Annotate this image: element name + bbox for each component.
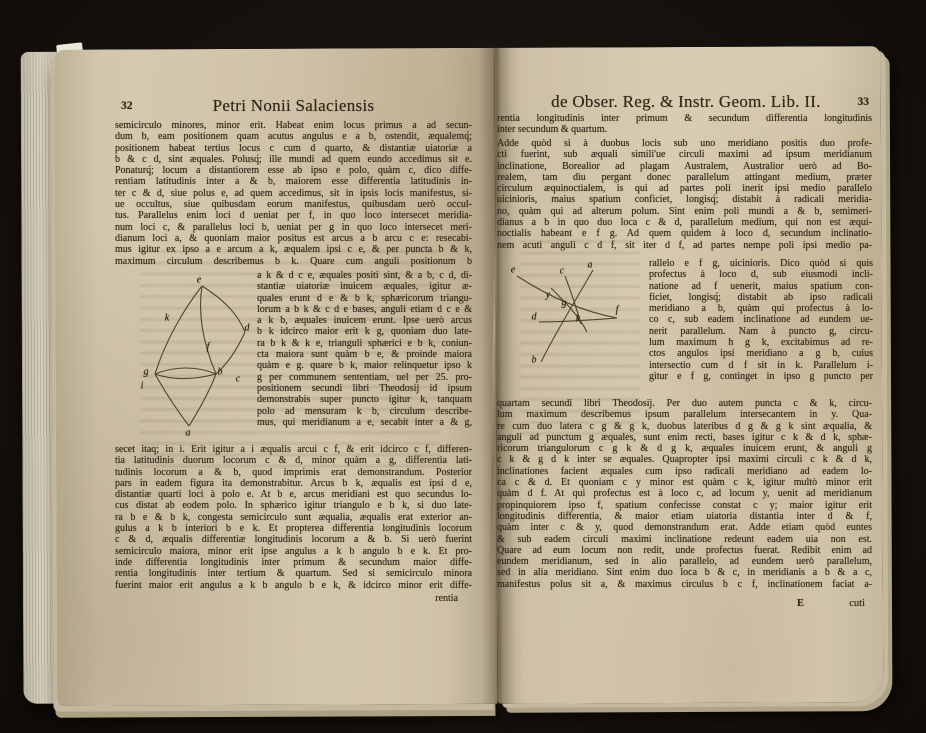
text-line: positionem habeat tertius locus c cum d …: [115, 143, 472, 154]
text-line: c & d, æqualis differentiæ longitudinis …: [115, 534, 472, 545]
right-body-intro: rentia longitudinis inter primum & secun…: [497, 113, 872, 124]
text-line: longitudinis differentia, & maior etiam …: [497, 511, 872, 522]
text-line: rentiam latitudinis inter a & b, maiorem…: [115, 176, 472, 187]
text-line: Quare ad eum locum non redit, unde profe…: [497, 545, 872, 556]
text-line: natione ad f uenerit, maius spatium con-: [649, 281, 873, 292]
text-line: cus distat ab eodem polo. In sphærico ig…: [115, 500, 472, 511]
text-line: tus. Parallelus enim loci d ueniat per f…: [115, 210, 472, 221]
right-body-beside-figure: rallelo e f g, uicinioris. Dico quòd si …: [649, 258, 873, 382]
text-line: dianum loci a, & quoniam maior positus e…: [115, 233, 472, 244]
text-line: ficiet, longisq́; distabit ab ipso radic…: [649, 292, 873, 303]
text-line: num loci c, & parallelus loci b, ueniat …: [115, 222, 472, 233]
text-line: gulus a k b interiori b e k. Et proptere…: [115, 523, 472, 534]
text-line: quàm inter c & y, quod demonstrandum era…: [497, 522, 872, 533]
text-line: meridiano a b, quàm qui profectus à lo-: [649, 303, 873, 314]
text-line: dum b, eam positionem quam acutus angulu…: [115, 131, 472, 142]
text-line: manifestus polus sit a, & maximus circul…: [497, 579, 872, 590]
verso-show-through: [140, 250, 440, 470]
text-line: rallelo e f g, uicinioris. Dico quòd si …: [649, 258, 873, 269]
text-line: Ponaturq́; locum a distantiorem esse ab …: [115, 165, 472, 176]
left-page-header: 32 Petri Nonii Salaciensis: [115, 96, 472, 118]
left-body-top: semicirculo minores, minor erit. Habeat …: [115, 120, 472, 267]
photo-of-open-book: 32 Petri Nonii Salaciensis semicirculo m…: [0, 0, 926, 733]
text-line: ctos angulos ipsi meridiano a g b, cuius: [649, 348, 873, 359]
text-line: dianus a b in quo duo loca c & d, parall…: [497, 217, 872, 228]
text-line: uicinioris, maius spatium conficiet, lon…: [497, 194, 872, 205]
text-line: no, quàm qui ad alterum polum. Sint enim…: [497, 206, 872, 217]
text-line: distantiæ quarti loci à polo e. At b e, …: [115, 489, 472, 500]
text-line: ter c & d, siue polus e, ad quem accedim…: [115, 188, 472, 199]
text-line: circulum æquinoctialem, is qui ad partes…: [497, 183, 872, 194]
left-catchword: rentia: [435, 593, 458, 604]
text-line: ricorum triangulorum c g k & d g k, æqua…: [497, 443, 872, 454]
right-catchword: cuti: [849, 598, 865, 609]
text-line: & sub eadem circuli maximi inclinatione …: [497, 534, 872, 545]
text-line: semicirculo maiora, minor erit ipse angu…: [115, 546, 472, 557]
text-line: ra b e & b k, congesta semicirculo sunt …: [115, 512, 472, 523]
text-line: inde differentia longitudinis inter prim…: [115, 557, 472, 568]
text-line: intersectio cum d f sit in k. Parallelum…: [649, 360, 873, 371]
text-line: propinquiorem ipso f, spatium confecisse…: [497, 500, 872, 511]
text-line: ca c & d. Et quoniam c y minor est quàm …: [497, 477, 872, 488]
text-line: ue occultus, siue quibusdam eorum manife…: [115, 199, 472, 210]
right-running-title: de Obser. Reg. & Instr. Geom. Lib. II.: [497, 92, 875, 112]
text-line: quàm d f. At qui profectus est à loco c,…: [497, 488, 872, 499]
right-body-upper: Adde quòd si à duobus locis sub uno meri…: [497, 138, 872, 251]
text-line: rentia longitudinis inter tertium & quar…: [115, 568, 472, 579]
text-line: profectus à loco d, sub eiusmodi incli-: [649, 269, 873, 280]
text-line: fuerint maior erit angulus a k b angulo …: [115, 580, 472, 591]
text-line: lum maximum h g k, excitabimus ad re-: [649, 337, 873, 348]
text-line: inclinatione, Borealior ad plagam Austra…: [497, 161, 872, 172]
right-page-header: de Obser. Reg. & Instr. Geom. Lib. II. 3…: [497, 92, 875, 114]
text-line: semicirculo minores, minor erit. Habeat …: [115, 120, 472, 131]
text-line: cti fuerint, sub æquali simili'ue circul…: [497, 149, 872, 160]
text-line: co c, sub eadem inclinatione ad eundem u…: [649, 314, 873, 325]
figure-point-label: e: [511, 265, 515, 276]
text-line: realem, tam diu pergant donec parallelum…: [497, 172, 872, 183]
text-line: rentia longitudinis inter primum & secun…: [497, 113, 872, 124]
right-signature-row: E cuti: [497, 598, 875, 610]
text-line: eundem meridianum, sed in alio parallelo…: [497, 556, 872, 567]
text-line: c k & g d k inter se æquales. Quapropter…: [497, 454, 872, 465]
text-line: inclinationes facient æquales cum ipso r…: [497, 466, 872, 477]
text-line: gitur e f g, continget in ipso g puncto …: [649, 371, 873, 382]
signature-mark: E: [797, 598, 804, 609]
text-line: pars in eadem figura ita demonstrabitur.…: [115, 478, 472, 489]
left-running-title: Petri Nonii Salaciensis: [115, 96, 472, 116]
verso-show-through: [520, 240, 640, 440]
text-line: noctialis habeant e f g. Ad quem quidem …: [497, 228, 872, 239]
text-line: Adde quòd si à duobus locis sub uno meri…: [497, 138, 872, 149]
text-line: b & c d, sint æquales. Polusq́; ille mun…: [115, 154, 472, 165]
right-page-number: 33: [858, 96, 870, 108]
text-line: sed in alia meridiano. Sint enim duo loc…: [497, 567, 872, 578]
text-line: nerit parallelum. Nam à puncto g, circu-: [649, 326, 873, 337]
right-paragraph-end: inter secundum & quartum.: [497, 124, 872, 135]
